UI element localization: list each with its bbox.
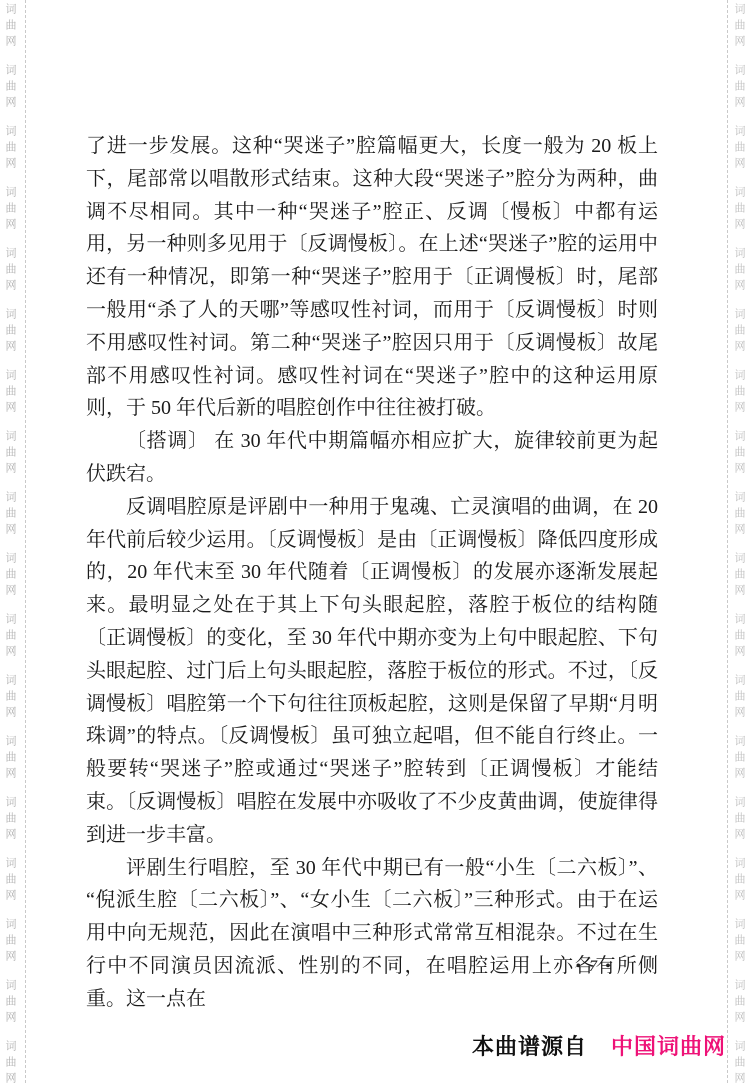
watermark-text: 词曲网 [732, 491, 746, 539]
watermark-text: 词曲网 [3, 369, 17, 417]
watermark-text: 词曲网 [3, 857, 17, 905]
footer-source-label: 本曲谱源自 [472, 1034, 587, 1059]
paragraph: 了进一步发展。这种“哭迷子”腔篇幅更大，长度一般为 20 板上下，尾部常以唱散形… [86, 130, 658, 425]
watermark-text: 词曲网 [732, 186, 746, 234]
watermark-text: 词曲网 [3, 430, 17, 478]
watermark-text: 词曲网 [3, 3, 17, 51]
body-text: 了进一步发展。这种“哭迷子”腔篇幅更大，长度一般为 20 板上下，尾部常以唱散形… [86, 130, 658, 1016]
footer: 本曲谱源自中国词曲网 [0, 1030, 726, 1061]
paragraph: 评剧生行唱腔，至 30 年代中期已有一般“小生〔二六板〕”、“倪派生腔〔二六板〕… [86, 852, 658, 1016]
right-margin-divider [727, 0, 728, 1083]
footer-site-name: 中国词曲网 [611, 1034, 726, 1059]
watermark-text: 词曲网 [732, 125, 746, 173]
watermark-text: 词曲网 [732, 3, 746, 51]
paragraph: 〔搭调〕 在 30 年代中期篇幅亦相应扩大，旋律较前更为起伏跌宕。 [86, 425, 658, 491]
watermark-text: 词曲网 [3, 918, 17, 966]
watermark-text: 词曲网 [732, 430, 746, 478]
watermark-text: 词曲网 [732, 796, 746, 844]
watermark-text: 词曲网 [732, 918, 746, 966]
watermark-column-left: 词曲网词曲网词曲网词曲网词曲网词曲网词曲网词曲网词曲网词曲网词曲网词曲网词曲网词… [2, 3, 18, 1083]
paragraph: 反调唱腔原是评剧中一种用于鬼魂、亡灵演唱的曲调，在 20 年代前后较少运用。〔反… [86, 491, 658, 852]
watermark-text: 词曲网 [3, 674, 17, 722]
watermark-text: 词曲网 [3, 247, 17, 295]
watermark-text: 词曲网 [732, 613, 746, 661]
left-margin-divider [25, 0, 26, 1083]
watermark-text: 词曲网 [3, 64, 17, 112]
watermark-text: 词曲网 [732, 674, 746, 722]
watermark-text: 词曲网 [732, 308, 746, 356]
watermark-text: 词曲网 [3, 125, 17, 173]
watermark-text: 词曲网 [3, 979, 17, 1027]
watermark-text: 词曲网 [732, 247, 746, 295]
page-number: • 7 • [549, 958, 639, 976]
watermark-text: 词曲网 [732, 1040, 746, 1083]
watermark-text: 词曲网 [732, 369, 746, 417]
watermark-text: 词曲网 [732, 552, 746, 600]
scanned-page: 词曲网词曲网词曲网词曲网词曲网词曲网词曲网词曲网词曲网词曲网词曲网词曲网词曲网词… [0, 0, 749, 1083]
watermark-text: 词曲网 [3, 796, 17, 844]
watermark-text: 词曲网 [3, 613, 17, 661]
watermark-text: 词曲网 [732, 64, 746, 112]
watermark-column-right: 词曲网词曲网词曲网词曲网词曲网词曲网词曲网词曲网词曲网词曲网词曲网词曲网词曲网词… [731, 3, 747, 1083]
watermark-text: 词曲网 [3, 735, 17, 783]
watermark-text: 词曲网 [3, 491, 17, 539]
watermark-text: 词曲网 [732, 857, 746, 905]
watermark-text: 词曲网 [3, 552, 17, 600]
watermark-text: 词曲网 [3, 186, 17, 234]
watermark-text: 词曲网 [732, 735, 746, 783]
watermark-text: 词曲网 [732, 979, 746, 1027]
watermark-text: 词曲网 [3, 308, 17, 356]
